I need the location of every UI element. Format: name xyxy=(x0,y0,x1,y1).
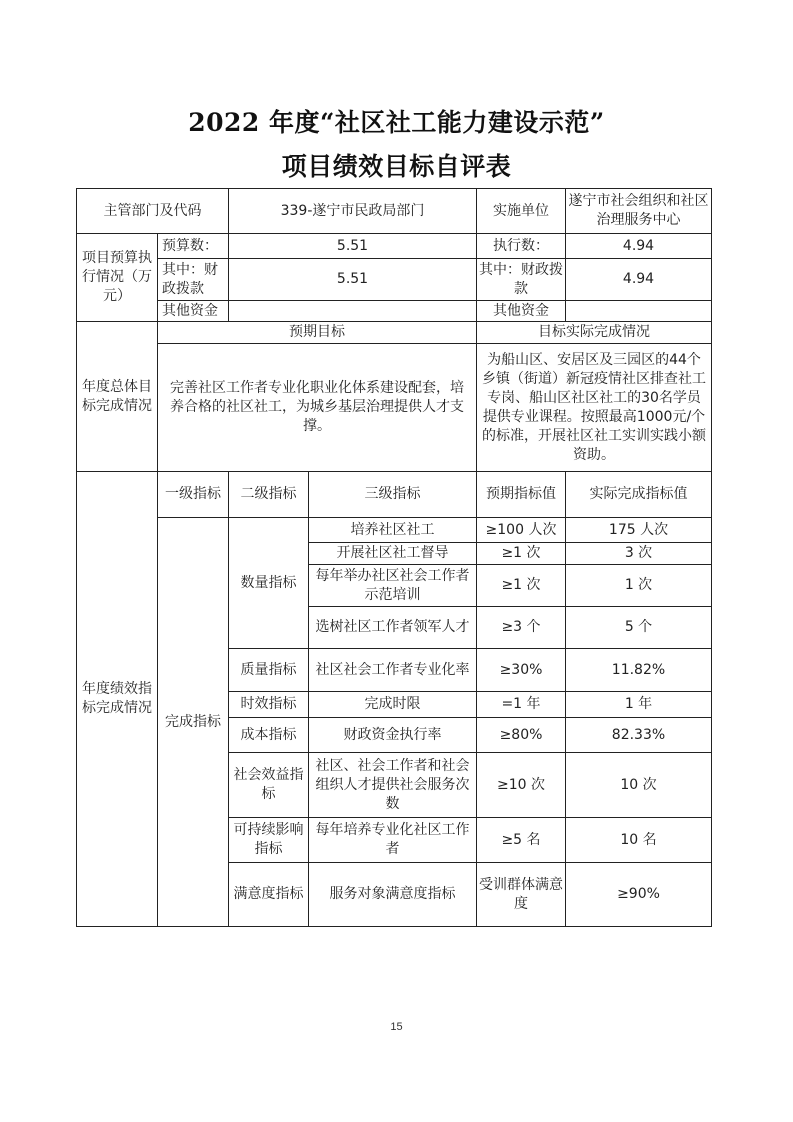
budget-label: 预算数： xyxy=(158,234,229,259)
expected-cell: ≥80% xyxy=(477,718,566,753)
level3-cell: 受训群体满意度 xyxy=(477,863,566,927)
level3-cell: 完成时限 xyxy=(309,692,477,718)
expected-cell: ≥3 个 xyxy=(477,607,566,649)
dept-row: 主管部门及代码 339-遂宁市民政局部门 实施单位 遂宁市社会组织和社区治理服务… xyxy=(77,189,712,234)
budget-section-label: 项目预算执行情况（万元） xyxy=(77,234,158,322)
actual-cell: 3 次 xyxy=(566,543,712,565)
expected-cell: =1 年 xyxy=(477,692,566,718)
budget-value: 5.51 xyxy=(229,234,477,259)
level3-cell: 开展社区社工督导 xyxy=(309,543,477,565)
expected-cell: ≥1 次 xyxy=(477,565,566,607)
page-number: 15 xyxy=(0,1021,793,1033)
actual-cell: 82.33% xyxy=(566,718,712,753)
fiscal-exec-value: 4.94 xyxy=(566,259,712,301)
level2-cost: 成本指标 xyxy=(229,718,309,753)
expected-cell: ≥30% xyxy=(477,649,566,692)
actual-cell: 175 人次 xyxy=(566,518,712,543)
level3-cell: 每年举办社区社会工作者示范培训 xyxy=(309,565,477,607)
expected-goal-header: 预期目标 xyxy=(158,322,477,344)
level3-cell: 每年培养专业化社区工作者 xyxy=(309,818,477,863)
level3-cell: 社区社会工作者专业化率 xyxy=(309,649,477,692)
dept-label: 主管部门及代码 xyxy=(77,189,229,234)
budget-row: 项目预算执行情况（万元） 预算数： 5.51 执行数： 4.94 xyxy=(77,234,712,259)
fiscal-budget-value: 5.51 xyxy=(229,259,477,301)
actual-cell: 5 个 xyxy=(566,607,712,649)
document-title-line1: 2022 年度“社区社工能力建设示范” xyxy=(0,103,793,139)
document-title-line2: 项目绩效目标自评表 xyxy=(0,147,793,183)
other-exec-label: 其他资金 xyxy=(477,301,566,322)
level1-header: 一级指标 xyxy=(158,472,229,518)
expected-cell: ≥100 人次 xyxy=(477,518,566,543)
indicator-section-label: 年度绩效指标完成情况 xyxy=(77,472,158,927)
expected-value-header: 预期指标值 xyxy=(477,472,566,518)
fiscal-exec-label: 其中：财政拨款 xyxy=(477,259,566,301)
expected-goal-text: 完善社区工作者专业化职业化体系建设配套，培养合格的社区社工，为城乡基层治理提供人… xyxy=(158,344,477,472)
level1-satisfaction: 满意度指标 xyxy=(229,863,309,927)
actual-cell: 10 次 xyxy=(566,753,712,818)
other-budget-value xyxy=(229,301,477,322)
level2-quality: 质量指标 xyxy=(229,649,309,692)
actual-cell: 10 名 xyxy=(566,818,712,863)
level3-cell: 选树社区工作者领军人才 xyxy=(309,607,477,649)
impl-value: 遂宁市社会组织和社区治理服务中心 xyxy=(566,189,712,234)
indicator-header-row: 年度绩效指标完成情况 一级指标 二级指标 三级指标 预期指标值 实际完成指标值 xyxy=(77,472,712,518)
level2-timeliness: 时效指标 xyxy=(229,692,309,718)
level2-service-satisfaction: 服务对象满意度指标 xyxy=(309,863,477,927)
other-funds-row: 其他资金 其他资金 xyxy=(77,301,712,322)
level3-cell: 社区、社会工作者和社会组织人才提供社会服务次数 xyxy=(309,753,477,818)
fiscal-row: 其中：财政拨款 5.51 其中：财政拨款 4.94 xyxy=(77,259,712,301)
overall-section-label: 年度总体目标完成情况 xyxy=(77,322,158,472)
actual-value-header: 实际完成指标值 xyxy=(566,472,712,518)
actual-goal-header: 目标实际完成情况 xyxy=(477,322,712,344)
impl-label: 实施单位 xyxy=(477,189,566,234)
expected-cell: ≥10 次 xyxy=(477,753,566,818)
level2-header: 二级指标 xyxy=(229,472,309,518)
level3-cell: 培养社区社工 xyxy=(309,518,477,543)
expected-cell: ≥90% xyxy=(566,863,712,927)
performance-table: 主管部门及代码 339-遂宁市民政局部门 实施单位 遂宁市社会组织和社区治理服务… xyxy=(76,188,712,927)
actual-goal-text: 为船山区、安居区及三园区的44个乡镇（街道）新冠疫情社区排查社工专岗、船山区社区… xyxy=(477,344,712,472)
level2-social-benefit: 社会效益指标 xyxy=(229,753,309,818)
actual-cell: 1 年 xyxy=(566,692,712,718)
actual-cell: 11.82% xyxy=(566,649,712,692)
actual-cell: 1 次 xyxy=(566,565,712,607)
other-label: 其他资金 xyxy=(158,301,229,322)
exec-value: 4.94 xyxy=(566,234,712,259)
budget-section-label-text: 项目预算执行情况（万元） xyxy=(82,250,152,304)
level3-cell: 财政资金执行率 xyxy=(309,718,477,753)
overall-content-row: 完善社区工作者专业化职业化体系建设配套，培养合格的社区社工，为城乡基层治理提供人… xyxy=(77,344,712,472)
level3-header: 三级指标 xyxy=(309,472,477,518)
fiscal-label: 其中：财政拨款 xyxy=(158,259,229,301)
exec-label: 执行数： xyxy=(477,234,566,259)
expected-cell: ≥1 次 xyxy=(477,543,566,565)
expected-cell: ≥5 名 xyxy=(477,818,566,863)
level2-quantity: 数量指标 xyxy=(229,518,309,649)
level2-sustainable: 可持续影响指标 xyxy=(229,818,309,863)
level1-completion: 完成指标 xyxy=(158,518,229,927)
overall-header-row: 年度总体目标完成情况 预期目标 目标实际完成情况 xyxy=(77,322,712,344)
table-row: 完成指标 数量指标 培养社区社工 ≥100 人次 175 人次 xyxy=(77,518,712,543)
dept-value: 339-遂宁市民政局部门 xyxy=(229,189,477,234)
other-exec-value xyxy=(566,301,712,322)
